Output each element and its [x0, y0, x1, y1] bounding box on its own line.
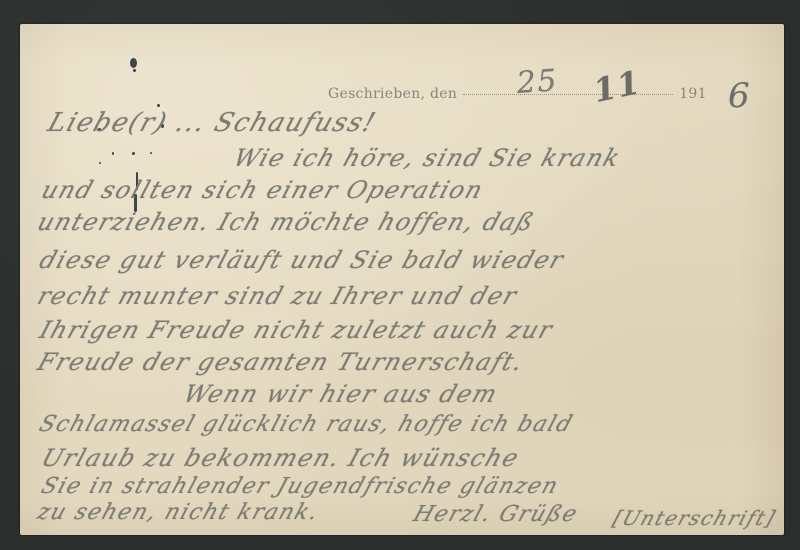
postcard: Geschrieben, den191 25 11 6 Liebe(r) ...… — [20, 24, 784, 535]
letter-line: Freude der gesamten Turnerschaft. — [34, 348, 528, 376]
letter-line: unterziehen. Ich möchte hoffen, daß — [34, 208, 539, 236]
letter-line: diese gut verläuft und Sie bald wieder — [36, 246, 568, 274]
signature: [Unterschrift] — [610, 506, 779, 530]
ink-blot — [157, 104, 160, 107]
letter-line: Sie in strahlender Jugendfrische glänzen — [38, 474, 562, 499]
ink-blot — [112, 152, 114, 155]
letter-line: Ihrigen Freude nicht zuletzt auch zur — [36, 316, 557, 344]
handwritten-year-digit: 6 — [728, 76, 751, 116]
letter-line: Urlaub zu bekommen. Ich wünsche — [38, 444, 523, 472]
ink-blot — [130, 58, 137, 68]
letter-line: Wie ich höre, sind Sie krank — [230, 144, 625, 172]
ink-blot — [99, 162, 101, 164]
letter-line: Wenn wir hier aus dem — [180, 380, 502, 408]
letter-line: Schlamassel glücklich raus, hoffe ich ba… — [36, 412, 577, 437]
scan-background: Geschrieben, den191 25 11 6 Liebe(r) ...… — [0, 0, 800, 550]
ink-blot — [133, 69, 136, 72]
letter-line: zu sehen, nicht krank. — [34, 500, 323, 525]
letter-line: und sollten sich einer Operation — [38, 176, 487, 204]
salutation-line: Liebe(r) ... Schaufuss! — [44, 108, 380, 138]
handwritten-month: 11 — [590, 63, 644, 110]
handwritten-day: 25 — [516, 63, 560, 101]
letter-line: recht munter sind zu Ihrer und der — [34, 282, 521, 310]
closing-line: Herzl. Grüße — [410, 502, 581, 527]
ink-blot — [132, 152, 135, 155]
printed-year-prefix: 191 — [679, 86, 707, 102]
printed-date-label: Geschrieben, den — [328, 86, 457, 102]
ink-blot — [150, 152, 152, 154]
